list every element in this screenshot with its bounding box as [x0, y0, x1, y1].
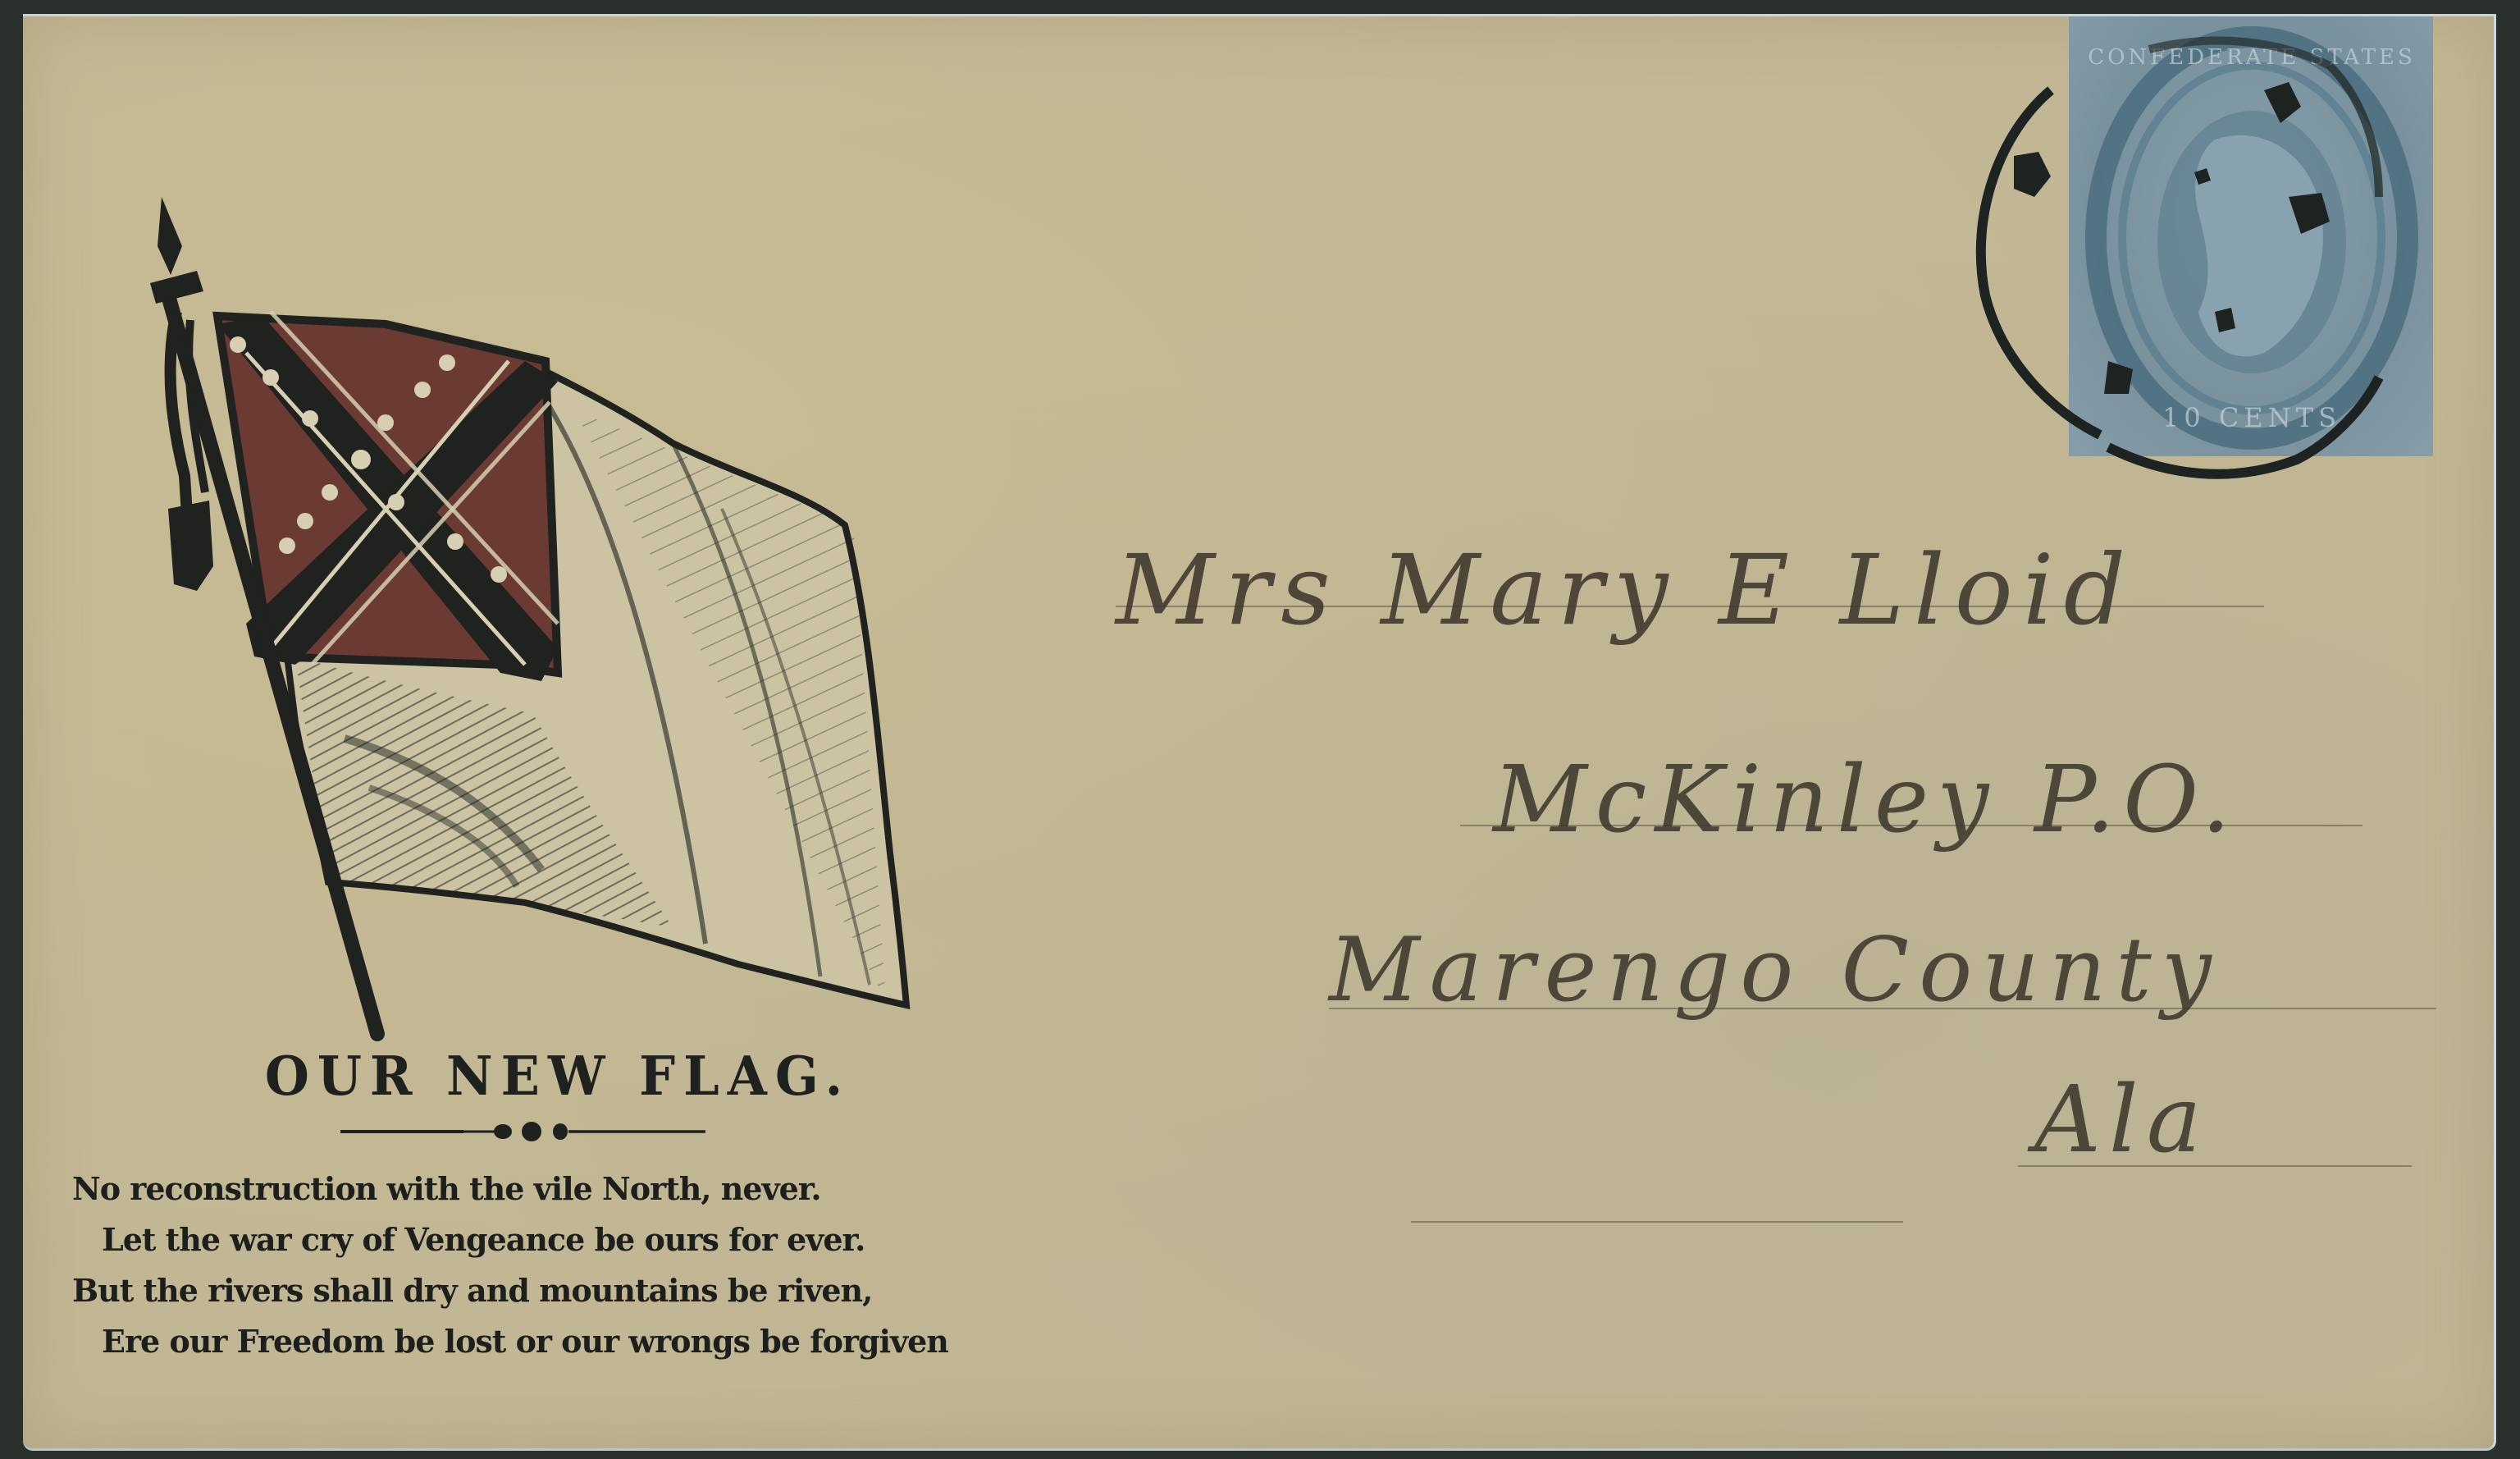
verse-line: Ere our Freedom be lost or our wrongs be… — [72, 1316, 1057, 1367]
address-line-recipient: Mrs Mary E Lloid — [1116, 533, 2135, 647]
ornamental-divider — [340, 1121, 705, 1142]
illustration-title: OUR NEW FLAG. — [230, 1045, 886, 1108]
address-line-state: Ala — [2034, 1067, 2209, 1173]
verse-line: No reconstruction with the vile North, n… — [72, 1164, 1057, 1214]
patriotic-verse: No reconstruction with the vile North, n… — [72, 1164, 1057, 1367]
verse-line: Let the war cry of Vengeance be ours for… — [72, 1214, 1057, 1265]
address-line-county: Marengo County — [1329, 919, 2221, 1022]
address-line-post-office: McKinley P.O. — [1493, 747, 2239, 853]
postage-stamp — [2069, 16, 2433, 456]
address-guide-line — [1411, 1221, 1903, 1223]
verse-line: But the rivers shall dry and mountains b… — [72, 1265, 1057, 1316]
